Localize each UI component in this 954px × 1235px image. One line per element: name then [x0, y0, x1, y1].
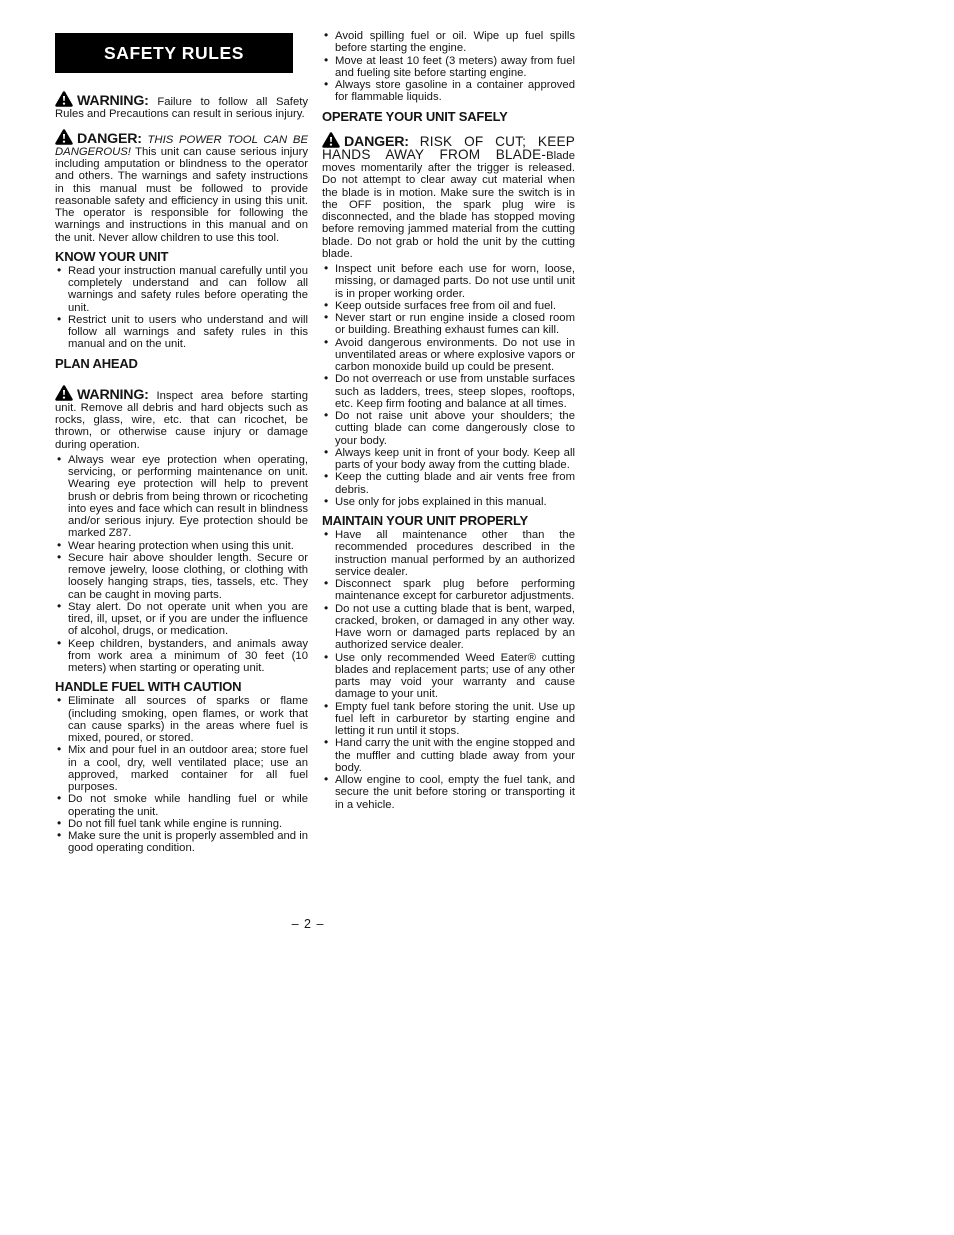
bullet-item: Hand carry the unit with the engine stop… — [322, 737, 575, 774]
warning-triangle-icon — [55, 129, 73, 145]
bullet-item: Keep children, bystanders, and animals a… — [55, 638, 308, 675]
right-column: Avoid spilling fuel or oil. Wipe up fuel… — [322, 30, 575, 811]
section-heading: OPERATE YOUR UNIT SAFELY — [322, 110, 575, 124]
bullet-list: Read your instruction manual carefully u… — [55, 265, 308, 351]
bullet-item: Do not raise unit above your shoulders; … — [322, 410, 575, 447]
right-column-blocks: Avoid spilling fuel or oil. Wipe up fuel… — [322, 30, 575, 811]
bullet-item: Keep outside surfaces free from oil and … — [322, 300, 575, 312]
bullet-item: Keep the cutting blade and air vents fre… — [322, 471, 575, 496]
bullet-item: Always keep unit in front of your body. … — [322, 447, 575, 472]
alert-paragraph: WARNING: Failure to follow all Safety Ru… — [55, 91, 308, 121]
alert-paragraph: DANGER: THIS POWER TOOL CAN BE DANGEROUS… — [55, 129, 308, 244]
bullet-list: Inspect unit before each use for worn, l… — [322, 263, 575, 508]
bullet-item: Have all maintenance other than the reco… — [322, 529, 575, 578]
bullet-item: Use only recommended Weed Eater® cutting… — [322, 652, 575, 701]
page-number: – 2 – — [55, 917, 561, 931]
bullet-item: Empty fuel tank before storing the unit.… — [322, 701, 575, 738]
warning-triangle-icon — [322, 132, 340, 148]
section-heading: PLAN AHEAD — [55, 357, 308, 371]
bullet-item: Do not overreach or use from unstable su… — [322, 373, 575, 410]
bullet-item: Always wear eye protection when operatin… — [55, 454, 308, 540]
warning-triangle-icon — [55, 91, 73, 107]
section-heading: KNOW YOUR UNIT — [55, 250, 308, 264]
bullet-item: Do not fill fuel tank while engine is ru… — [55, 818, 308, 830]
bullet-item: Allow engine to cool, empty the fuel tan… — [322, 774, 575, 811]
bullet-item: Secure hair above shoulder length. Secur… — [55, 552, 308, 601]
bullet-item: Avoid spilling fuel or oil. Wipe up fuel… — [322, 30, 575, 55]
page-title: SAFETY RULES — [55, 33, 293, 73]
section-heading: HANDLE FUEL WITH CAUTION — [55, 680, 308, 694]
bullet-item: Restrict unit to users who understand an… — [55, 314, 308, 351]
alert-paragraph: DANGER: RISK OF CUT; KEEP HANDS AWAY FRO… — [322, 132, 575, 261]
left-column-blocks: WARNING: Failure to follow all Safety Ru… — [55, 91, 308, 855]
bullet-item: Stay alert. Do not operate unit when you… — [55, 601, 308, 638]
alert-body-text: Blade moves momentarily after the trigge… — [322, 150, 575, 260]
section-heading: MAINTAIN YOUR UNIT PROPERLY — [322, 514, 575, 528]
bullet-item: Do not smoke while handling fuel or whil… — [55, 793, 308, 818]
bullet-list: Have all maintenance other than the reco… — [322, 529, 575, 811]
alert-label: WARNING: — [77, 93, 149, 109]
alert-label: WARNING: — [77, 387, 149, 403]
manual-page: { "title": "SAFETY RULES", "page_number"… — [0, 0, 954, 1235]
left-column: SAFETY RULES WARNING: Failure to follow … — [55, 33, 308, 855]
bullet-item: Use only for jobs explained in this manu… — [322, 496, 575, 508]
bullet-item: Wear hearing protection when using this … — [55, 540, 308, 552]
bullet-item: Inspect unit before each use for worn, l… — [322, 263, 575, 300]
bullet-item: Make sure the unit is properly assembled… — [55, 830, 308, 855]
alert-label: DANGER: — [77, 131, 142, 147]
bullet-item: Always store gasoline in a container app… — [322, 79, 575, 104]
alert-body-text: This unit can cause serious injury inclu… — [55, 146, 308, 244]
alert-paragraph: WARNING: Inspect area before starting un… — [55, 385, 308, 451]
bullet-list: Always wear eye protection when operatin… — [55, 454, 308, 675]
bullet-item: Disconnect spark plug before performing … — [322, 578, 575, 603]
bullet-item: Avoid dangerous environments. Do not use… — [322, 337, 575, 374]
page-title-text: SAFETY RULES — [104, 47, 244, 59]
bullet-list: Eliminate all sources of sparks or flame… — [55, 695, 308, 854]
bullet-item: Move at least 10 feet (3 meters) away fr… — [322, 55, 575, 80]
bullet-item: Do not use a cutting blade that is bent,… — [322, 603, 575, 652]
bullet-item: Mix and pour fuel in an outdoor area; st… — [55, 744, 308, 793]
bullet-item: Never start or run engine inside a close… — [322, 312, 575, 337]
bullet-list: Avoid spilling fuel or oil. Wipe up fuel… — [322, 30, 575, 104]
bullet-item: Eliminate all sources of sparks or flame… — [55, 695, 308, 744]
warning-triangle-icon — [55, 385, 73, 401]
bullet-item: Read your instruction manual carefully u… — [55, 265, 308, 314]
